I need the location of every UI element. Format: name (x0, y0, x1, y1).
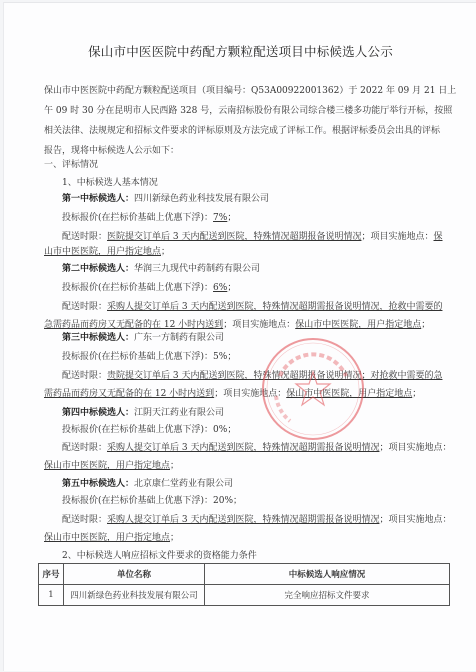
punct: ； (161, 247, 170, 257)
candidate-3-header: 第三中标候选人：广东一方制药有限公司 (62, 332, 224, 344)
punct: ； (227, 283, 236, 293)
punct: ； (227, 213, 236, 223)
candidate-4-site-text: 保山市中医医院，用户指定地点 (44, 461, 170, 471)
candidate-3-discount: 5% (213, 352, 227, 362)
candidate-1-site-text: 山市中医医院，用户指定地点 (44, 247, 161, 257)
col-header-index: 序号 (39, 564, 64, 585)
cell-response: 完全响应招标文件要求 (205, 585, 450, 606)
cell-index: 1 (39, 585, 64, 606)
candidate-4-company: 江阴天江药业有限公司 (134, 408, 224, 418)
intro-line-1: 保山市中医医院中药配方颗粒配送项目（项目编号：Q53A00922001362）于… (44, 85, 456, 97)
candidate-5-header: 第五中标候选人：北京康仁堂药业有限公司 (62, 478, 233, 490)
cell-company: 四川新绿色药业科技发展有限公司 (64, 585, 205, 606)
subsection-heading-qualification: 2、中标候选人响应招标文件要求的资格能力条件 (62, 550, 257, 562)
punct: ； (223, 320, 232, 330)
candidate-5-site-text: 保山市中医医院，用户指定地点 (44, 533, 170, 543)
bid-price-label: 投标报价(在拦标价基础上优惠下浮)： (62, 213, 213, 223)
candidate-3-delivery: 配送时限：贵院提交订单后 3 天内配送到医院，特殊情况超期报备说明情况；对抢救中… (62, 370, 442, 382)
candidate-4-rank: 第四中标候选人： (62, 408, 134, 418)
candidate-4-bid: 投标报价(在拦标价基础上优惠下浮)：0%； (62, 424, 236, 436)
candidate-3-delivery-text: 贵院提交订单后 3 天内配送到医院，特殊情况超期报备说明情况；对抢救中需要的急 (107, 371, 442, 381)
punct: ； (170, 461, 179, 471)
punct: ； (227, 425, 236, 435)
site-label: 项目实施地点： (370, 232, 433, 242)
site-label: 项目实施地点： (232, 320, 295, 330)
qualification-table: 序号 单位名称 中标候选人响应情况 1 四川新绿色药业科技发展有限公司 完全响应… (38, 563, 450, 606)
table-row: 1 四川新绿色药业科技发展有限公司 完全响应招标文件要求 (39, 585, 450, 606)
candidate-1-header: 第一中标候选人：四川新绿色药业科技发展有限公司 (62, 193, 269, 205)
punct: ； (412, 389, 421, 399)
candidate-1-delivery-text: 医院提交订单后 3 天内配送到医院，特殊情况超期报备说明情况 (107, 232, 361, 242)
candidate-3-delivery-cont: 需药品而药房又无配备的在 12 小时内送到；项目实施地点：保山市中医医院，用户指… (44, 388, 421, 400)
delivery-label: 配送时限： (62, 232, 107, 242)
candidate-2-discount: 6% (213, 283, 227, 293)
candidate-2-rank: 第二中标候选人： (62, 264, 134, 274)
candidate-5-bid: 投标报价(在拦标价基础上优惠下浮)：20%； (62, 495, 242, 507)
delivery-label: 配送时限： (62, 371, 107, 381)
candidate-1-site-part: 保 (434, 232, 443, 242)
candidate-1-company: 四川新绿色药业科技发展有限公司 (134, 194, 269, 204)
candidate-3-site: 保山市中医医院，用户指定地点 (286, 389, 412, 399)
section-heading-evaluation: 一、评标情况 (44, 159, 98, 171)
candidate-5-delivery-text: 采购人提交订单后 3 天内配送到医院，特殊情况超期需报备说明情况 (107, 515, 379, 525)
candidate-2-company: 华润三九现代中药制药有限公司 (134, 264, 260, 274)
candidate-1-rank: 第一中标候选人： (62, 194, 134, 204)
site-label: 项目实施地点： (388, 443, 451, 453)
candidate-2-delivery-cont: 急需药品而药房又无配备的在 12 小时内送到；项目实施地点：保山市中医医院，用户… (44, 319, 430, 331)
candidate-5-company: 北京康仁堂药业有限公司 (134, 479, 233, 489)
candidate-1-delivery: 配送时限：医院提交订单后 3 天内配送到医院，特殊情况超期报备说明情况；项目实施… (62, 231, 443, 243)
document-page: 保山市中医医院中药配方颗粒配送项目中标候选人公示 保山市中医医院中药配方颗粒配送… (3, 2, 476, 671)
col-header-company: 单位名称 (64, 564, 205, 585)
site-label: 项目实施地点： (223, 389, 286, 399)
candidate-5-delivery: 配送时限：采购人提交订单后 3 天内配送到医院，特殊情况超期需报备说明情况；项目… (62, 514, 452, 526)
candidate-5-site: 保山市中医医院，用户指定地点； (44, 532, 179, 544)
table-header-row: 序号 单位名称 中标候选人响应情况 (39, 564, 450, 585)
candidate-4-site: 保山市中医医院，用户指定地点； (44, 460, 179, 472)
subsection-heading-basic-info: 1、中标候选人基本情况 (62, 177, 158, 189)
delivery-label: 配送时限： (62, 443, 107, 453)
candidate-1-discount: 7% (213, 213, 227, 223)
bid-price-label: 投标报价(在拦标价基础上优惠下浮)： (62, 496, 213, 506)
bid-price-label: 投标报价(在拦标价基础上优惠下浮)： (62, 352, 213, 362)
punct: ； (214, 389, 223, 399)
document-title: 保山市中医医院中药配方颗粒配送项目中标候选人公示 (4, 42, 476, 60)
candidate-3-bid: 投标报价(在拦标价基础上优惠下浮)：5%； (62, 351, 236, 363)
candidate-4-discount: 0% (213, 425, 227, 435)
candidate-4-delivery: 配送时限：采购人提交订单后 3 天内配送到医院，特殊情况超期需报备说明情况；项目… (62, 442, 452, 454)
punct: ； (227, 352, 236, 362)
candidate-3-company: 广东一方制药有限公司 (134, 333, 224, 343)
punct: ； (233, 496, 242, 506)
bid-price-label: 投标报价(在拦标价基础上优惠下浮)： (62, 425, 213, 435)
candidate-2-delivery-text: 采购人提交订单后 3 天内配送到医院，特殊情况超期需报备说明情况，抢救中需要的 (107, 302, 442, 312)
intro-line-4: 报告，现将中标候选人公示如下： (44, 145, 179, 157)
intro-line-3: 相关法律、法规规定和招标文件要求的评标原则及方法完成了评标工作。根据评标委员会出… (44, 125, 440, 137)
punct: ； (421, 320, 430, 330)
punct: ； (170, 533, 179, 543)
delivery-label: 配送时限： (62, 302, 107, 312)
candidate-2-delivery: 配送时限：采购人提交订单后 3 天内配送到医院，特殊情况超期需报备说明情况，抢救… (62, 301, 442, 313)
candidate-1-bid: 投标报价(在拦标价基础上优惠下浮)：7%； (62, 212, 236, 224)
candidate-3-rank: 第三中标候选人： (62, 333, 134, 343)
candidate-3-delivery-text-2: 需药品而药房又无配备的在 12 小时内送到 (44, 389, 214, 399)
delivery-label: 配送时限： (62, 515, 107, 525)
intro-line-2: 午 09 时 30 分在昆明市人民西路 328 号，云南招标股份有限公司综合楼三… (44, 105, 452, 117)
candidate-1-site: 山市中医医院，用户指定地点； (44, 246, 170, 258)
candidate-5-rank: 第五中标候选人： (62, 479, 134, 489)
candidate-5-discount: 20% (213, 496, 233, 506)
candidate-2-delivery-text-2: 急需药品而药房又无配备的在 12 小时内送到 (44, 320, 223, 330)
candidate-4-delivery-text: 采购人提交订单后 3 天内配送到医院，特殊情况超期需报备说明情况 (107, 443, 379, 453)
candidate-2-bid: 投标报价(在拦标价基础上优惠下浮)：6%； (62, 282, 236, 294)
site-label: 项目实施地点： (388, 515, 451, 525)
candidate-4-header: 第四中标候选人：江阴天江药业有限公司 (62, 407, 224, 419)
candidate-2-header: 第二中标候选人：华润三九现代中药制药有限公司 (62, 263, 260, 275)
candidate-2-site: 保山市中医医院，用户指定地点 (295, 320, 421, 330)
col-header-response: 中标候选人响应情况 (205, 564, 450, 585)
bid-price-label: 投标报价(在拦标价基础上优惠下浮)： (62, 283, 213, 293)
